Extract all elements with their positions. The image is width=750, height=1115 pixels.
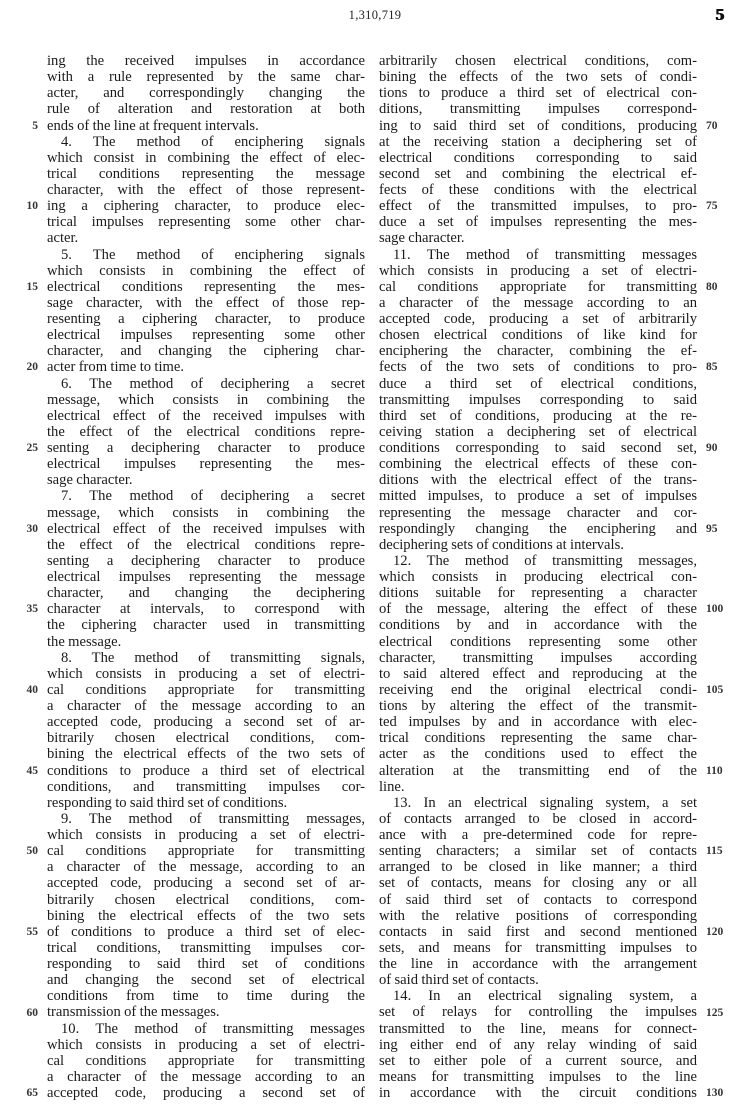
line-number: 110 [706,763,736,779]
line-number: 35 [14,601,38,617]
line-number: 125 [706,1005,736,1021]
line-number: 105 [706,682,736,698]
line-number: 115 [706,843,736,859]
line-number: 120 [706,924,736,940]
line-number: 85 [706,359,736,375]
line-number: 40 [14,682,38,698]
page-header: 1,310,719 5 [0,6,750,28]
line-number: 70 [706,118,736,134]
line-number: 25 [14,440,38,456]
patent-number: 1,310,719 [0,8,750,23]
line-number: 80 [706,279,736,295]
line-number: 30 [14,521,38,537]
line-number: 45 [14,763,38,779]
line-number: 75 [706,198,736,214]
line-number: 130 [706,1085,736,1101]
line-number: 65 [14,1085,38,1101]
line-number: 95 [706,521,736,537]
line-number: 100 [706,601,736,617]
line-number: 15 [14,279,38,295]
line-number: 90 [706,440,736,456]
line-number: 60 [14,1005,38,1021]
page-number: 5 [712,6,728,24]
line-number: 55 [14,924,38,940]
line-number: 5 [14,118,38,134]
line-number-gutter: 5101520253035404550556065707580859095100… [0,53,750,1113]
line-number: 50 [14,843,38,859]
line-number: 10 [14,198,38,214]
line-number: 20 [14,359,38,375]
